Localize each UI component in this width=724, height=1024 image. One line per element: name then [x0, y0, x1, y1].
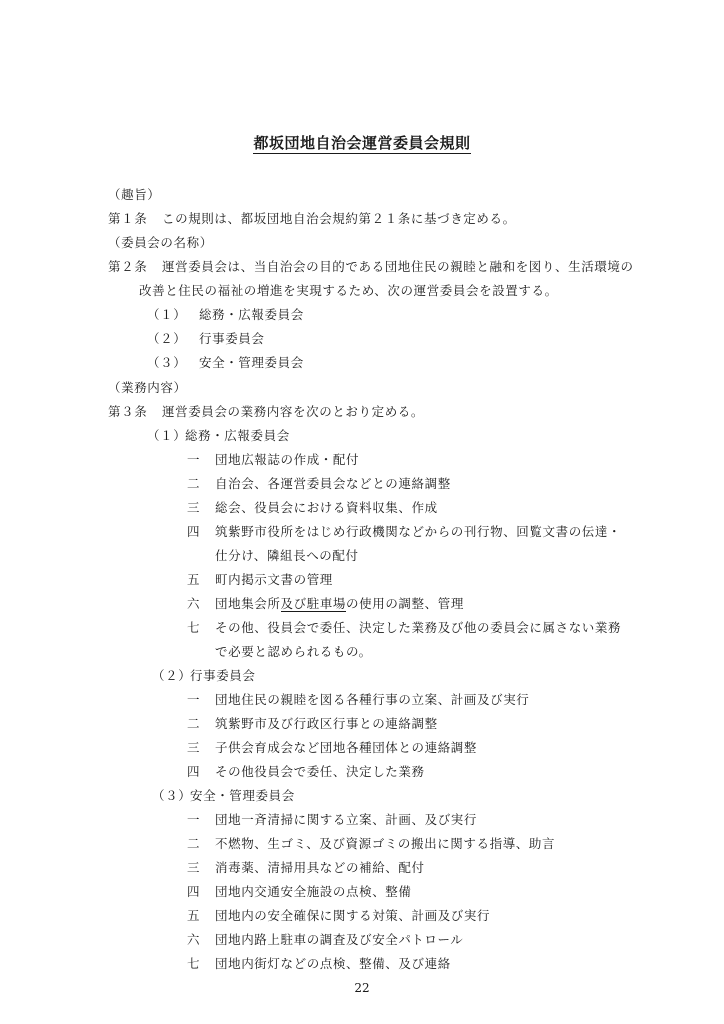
- section-num: （２）: [152, 668, 190, 684]
- item-num: 三: [187, 860, 215, 876]
- item-num: 一: [187, 812, 215, 828]
- section-name: 行事委員会: [190, 668, 256, 683]
- section-heading: （１）総務・広報委員会: [147, 428, 290, 444]
- list-item: 一団地一斉清掃に関する立案、計画、及び実行: [187, 812, 477, 828]
- list-item: 四その他役員会で委任、決定した業務: [187, 764, 425, 780]
- item-text-continued: 仕分け、隣組長への配付: [215, 548, 359, 564]
- article1-label: 第１条: [108, 211, 162, 227]
- committee-name: 行事委員会: [199, 331, 265, 346]
- item-text: 総会、役員会における資料収集、作成: [215, 500, 438, 515]
- article2-text-line2: 改善と住民の福祉の増進を実現するため、次の運営委員会を設置する。: [139, 283, 558, 299]
- item-text: 筑紫野市役所をはじめ行政機関などからの刊行物、回覧文書の伝達・: [215, 524, 621, 539]
- item-text: 団地内街灯などの点検、整備、及び連絡: [215, 956, 451, 971]
- item-num: 四: [187, 884, 215, 900]
- item-num: 一: [187, 692, 215, 708]
- article2-text-line1: 運営委員会は、当自治会の目的である団地住民の親睦と融和を図り、生活環境の: [162, 259, 634, 274]
- item-num: 五: [187, 572, 215, 588]
- item-text-underlined: 及び駐車場: [281, 596, 347, 612]
- item-num: 四: [187, 524, 215, 540]
- section-num: （１）: [147, 428, 185, 444]
- item-text: その他役員会で委任、決定した業務: [215, 764, 425, 779]
- item-num: 一: [187, 452, 215, 468]
- item-num: 二: [187, 716, 215, 732]
- item-text: 団地内交通安全施設の点検、整備: [215, 884, 412, 899]
- section-name: 総務・広報委員会: [185, 428, 290, 443]
- list-item: 六団地内路上駐車の調査及び安全パトロール: [187, 932, 463, 948]
- article3-heading: （業務内容）: [108, 380, 187, 396]
- article3-body: 第３条運営委員会の業務内容を次のとおり定める。: [108, 404, 424, 420]
- list-item: 三総会、役員会における資料収集、作成: [187, 500, 438, 516]
- committee-item: （１）総務・広報委員会: [147, 307, 304, 323]
- list-item: 四筑紫野市役所をはじめ行政機関などからの刊行物、回覧文書の伝達・: [187, 524, 621, 540]
- item-text: 自治会、各運営委員会などとの連絡調整: [215, 476, 451, 491]
- section-num: （３）: [152, 788, 190, 804]
- item-text: の使用の調整、管理: [346, 596, 464, 611]
- article2-heading: （委員会の名称）: [108, 235, 213, 251]
- item-text-continued: で必要と認められるもの。: [215, 644, 372, 660]
- list-item: 一団地広報誌の作成・配付: [187, 452, 359, 468]
- list-item: 六団地集会所及び駐車場の使用の調整、管理: [187, 596, 464, 612]
- item-num: 四: [187, 764, 215, 780]
- document-page: 都坂団地自治会運営委員会規則 （趣旨） 第１条この規則は、都坂団地自治会規約第２…: [0, 0, 724, 1024]
- item-text: 消毒薬、清掃用具などの補給、配付: [215, 860, 425, 875]
- item-text: 不燃物、生ゴミ、及び資源ゴミの搬出に関する指導、助言: [215, 836, 555, 851]
- item-text: 筑紫野市及び行政区行事との連絡調整: [215, 716, 438, 731]
- item-text: 団地一斉清掃に関する立案、計画、及び実行: [215, 812, 477, 827]
- section-heading: （２）行事委員会: [152, 668, 256, 684]
- item-text: 団地住民の親睦を図る各種行事の立案、計画及び実行: [215, 692, 529, 707]
- item-num: 七: [187, 956, 215, 972]
- item-num: 二: [187, 476, 215, 492]
- list-item: 三消毒薬、清掃用具などの補給、配付: [187, 860, 425, 876]
- list-item: 二自治会、各運営委員会などとの連絡調整: [187, 476, 451, 492]
- list-item: 七団地内街灯などの点検、整備、及び連絡: [187, 956, 451, 972]
- item-text: 団地集会所: [215, 596, 281, 611]
- article1-heading: （趣旨）: [108, 187, 160, 203]
- item-num: 二: [187, 836, 215, 852]
- list-item: 一団地住民の親睦を図る各種行事の立案、計画及び実行: [187, 692, 529, 708]
- item-num: 七: [187, 620, 215, 636]
- item-num: 六: [187, 596, 215, 612]
- article2-body: 第２条運営委員会は、当自治会の目的である団地住民の親睦と融和を図り、生活環境の: [108, 259, 634, 275]
- list-item: 四団地内交通安全施設の点検、整備: [187, 884, 412, 900]
- article3-label: 第３条: [108, 404, 162, 420]
- committee-item: （３）安全・管理委員会: [147, 355, 304, 371]
- committee-item: （２）行事委員会: [147, 331, 265, 347]
- item-text: その他、役員会で委任、決定した業務及び他の委員会に属さない業務: [215, 620, 621, 635]
- item-text: 町内掲示文書の管理: [215, 572, 333, 587]
- list-item: 七その他、役員会で委任、決定した業務及び他の委員会に属さない業務: [187, 620, 621, 636]
- article3-text: 運営委員会の業務内容を次のとおり定める。: [162, 404, 424, 419]
- committee-num: （３）: [147, 355, 199, 371]
- document-title-text: 都坂団地自治会運営委員会規則: [253, 134, 470, 154]
- list-item: 二筑紫野市及び行政区行事との連絡調整: [187, 716, 438, 732]
- item-num: 三: [187, 500, 215, 516]
- item-num: 五: [187, 908, 215, 924]
- item-text: 団地広報誌の作成・配付: [215, 452, 359, 467]
- article2-label: 第２条: [108, 259, 162, 275]
- item-num: 六: [187, 932, 215, 948]
- section-heading: （３）安全・管理委員会: [152, 788, 295, 804]
- item-text: 団地内の安全確保に関する対策、計画及び実行: [215, 908, 490, 923]
- committee-num: （２）: [147, 331, 199, 347]
- list-item: 五団地内の安全確保に関する対策、計画及び実行: [187, 908, 490, 924]
- list-item: 三子供会育成会など団地各種団体との連絡調整: [187, 740, 477, 756]
- item-text: 団地内路上駐車の調査及び安全パトロール: [215, 932, 463, 947]
- page-number: 22: [0, 980, 724, 996]
- article1-body: 第１条この規則は、都坂団地自治会規約第２１条に基づき定める。: [108, 211, 516, 227]
- item-num: 三: [187, 740, 215, 756]
- committee-name: 安全・管理委員会: [199, 355, 304, 370]
- list-item: 五町内掲示文書の管理: [187, 572, 333, 588]
- committee-num: （１）: [147, 307, 199, 323]
- committee-name: 総務・広報委員会: [199, 307, 304, 322]
- item-text: 子供会育成会など団地各種団体との連絡調整: [215, 740, 477, 755]
- section-name: 安全・管理委員会: [190, 788, 295, 803]
- article1-text: この規則は、都坂団地自治会規約第２１条に基づき定める。: [162, 211, 516, 226]
- document-title: 都坂団地自治会運営委員会規則: [0, 133, 724, 153]
- list-item: 二不燃物、生ゴミ、及び資源ゴミの搬出に関する指導、助言: [187, 836, 555, 852]
